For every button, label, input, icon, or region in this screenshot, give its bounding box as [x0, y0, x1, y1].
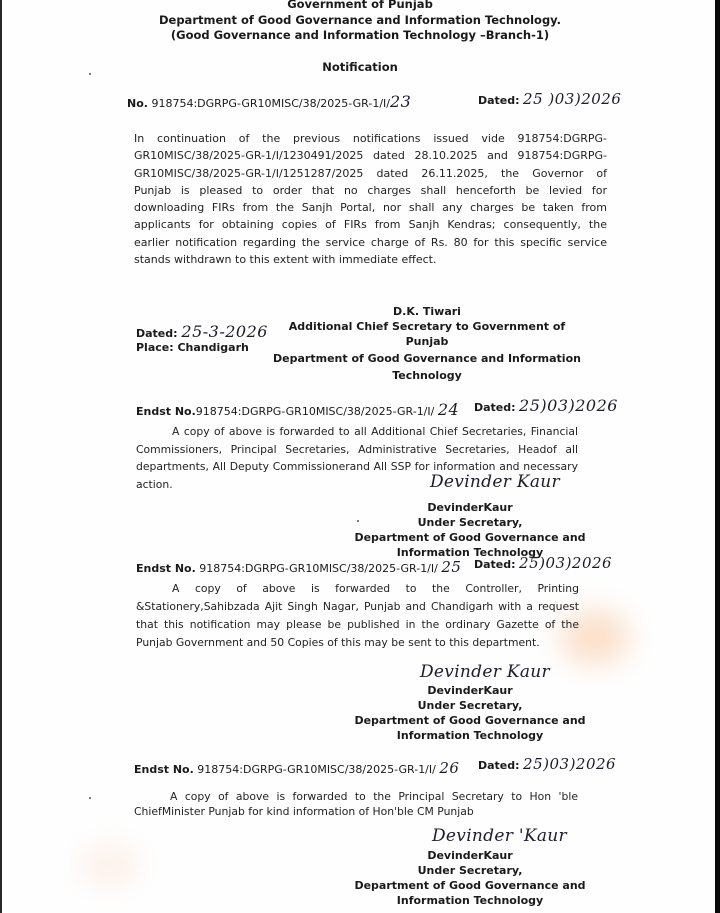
- body-line: applicants for obtaining copies of FIRs …: [134, 216, 607, 233]
- endorsement-1-signer: DevinderKaur Under Secretary, Department…: [350, 500, 590, 560]
- signed-place-value: Chandigarh: [177, 341, 248, 354]
- endorsement-label: Endst No.: [136, 405, 196, 418]
- scan-speck: [89, 797, 91, 799]
- signed-date: Dated: 25-3-2026: [136, 322, 268, 341]
- endorsement-number-value: 918754:DGRPG-GR10MISC/38/2025-GR-1/I/: [197, 763, 436, 776]
- signatory-name: D.K. Tiwari: [272, 304, 582, 319]
- endorsement-date-label: Dated:: [474, 401, 516, 414]
- endorsement-1-number: Endst No.918754:DGRPG-GR10MISC/38/2025-G…: [136, 400, 459, 419]
- scan-speck: [89, 73, 91, 75]
- notification-body: In continuation of the previous notifica…: [134, 130, 607, 268]
- body-line: In continuation of the previous notifica…: [134, 130, 607, 147]
- document-page: Government of Punjab Department of Good …: [0, 0, 720, 913]
- document-type-title: Notification: [120, 60, 600, 75]
- body-line: stands withdrawn to this extent with imm…: [134, 251, 607, 268]
- signatory-designation: Additional Chief Secretary to Government…: [272, 319, 582, 349]
- main-signatory-block: D.K. Tiwari Additional Chief Secretary t…: [272, 304, 582, 383]
- body-line: GR10MISC/38/2025-GR-1/I/1251287/2025 dat…: [134, 165, 607, 182]
- endorsement-date-label: Dated:: [474, 558, 516, 571]
- endorsement-date-handwritten: 25)03)2026: [523, 755, 616, 773]
- scan-edge-left: [0, 0, 2, 913]
- endorsement-3-number: Endst No. 918754:DGRPG-GR10MISC/38/2025-…: [134, 759, 459, 777]
- endorsement-date-handwritten: 25)03)2026: [519, 396, 618, 415]
- endorsement-2-body: A copy of above is forwarded to the Cont…: [136, 580, 579, 652]
- handwritten-signature: Devinder Kaur: [430, 472, 560, 492]
- notification-number: No. 918754:DGRPG-GR10MISC/38/2025-GR-1/I…: [127, 92, 411, 111]
- header-government: Government of Punjab: [120, 0, 600, 12]
- signer-designation: Under Secretary,: [350, 515, 590, 530]
- signer-department-line1: Department of Good Governance and: [350, 713, 590, 728]
- endorsement-1-date: Dated: 25)03)2026: [474, 396, 618, 415]
- signed-place: Place: Chandigarh: [136, 341, 249, 354]
- paper-stain: [80, 845, 140, 885]
- endorsement-number-handwritten: 26: [439, 759, 459, 777]
- signer-department-line1: Department of Good Governance and: [350, 530, 590, 545]
- signed-place-label: Place:: [136, 341, 174, 354]
- notification-date: Dated: 25 )03)2026: [478, 90, 621, 108]
- notification-date-label: Dated:: [478, 94, 520, 107]
- signed-date-label: Dated:: [136, 327, 178, 340]
- scan-edge-right: [715, 0, 720, 913]
- body-line: downloading FIRs from the Sanjh Portal, …: [134, 199, 607, 216]
- body-line: A copy of above is forwarded to the Cont…: [136, 580, 579, 598]
- endorsement-date-handwritten: 25)03)2026: [519, 554, 612, 572]
- signer-designation: Under Secretary,: [350, 863, 590, 878]
- signer-department-line1: Department of Good Governance and: [350, 878, 590, 893]
- endorsement-label: Endst No.: [136, 562, 196, 575]
- notification-number-value: 918754:DGRPG-GR10MISC/38/2025-GR-1/I/: [151, 97, 390, 110]
- endorsement-number-value: 918754:DGRPG-GR10MISC/38/2025-GR-1/I/: [196, 405, 435, 418]
- header-branch: (Good Governance and Information Technol…: [120, 28, 600, 43]
- body-line: Punjab Government and 50 Copies of this …: [136, 634, 579, 652]
- signed-date-handwritten: 25-3-2026: [181, 322, 268, 341]
- signer-name: DevinderKaur: [350, 848, 590, 863]
- endorsement-2-date: Dated: 25)03)2026: [474, 554, 612, 572]
- signer-department-line2: Information Technology: [350, 893, 590, 908]
- endorsement-3-date: Dated: 25)03)2026: [478, 755, 616, 773]
- notification-number-handwritten: 23: [390, 92, 411, 111]
- notification-date-handwritten: 25 )03)2026: [523, 90, 621, 108]
- endorsement-number-handwritten: 25: [441, 558, 461, 576]
- endorsement-date-label: Dated:: [478, 759, 520, 772]
- body-line: earlier notification regarding the servi…: [134, 234, 607, 251]
- signer-department-line2: Information Technology: [350, 728, 590, 743]
- body-line: GR10MISC/38/2025-GR-1/I/1230491/2025 dat…: [134, 147, 607, 164]
- body-line: &Stationery,Sahibzada Ajit Singh Nagar, …: [136, 598, 579, 616]
- endorsement-2-number: Endst No. 918754:DGRPG-GR10MISC/38/2025-…: [136, 558, 461, 576]
- endorsement-2-signer: DevinderKaur Under Secretary, Department…: [350, 683, 590, 743]
- notification-number-label: No.: [127, 97, 148, 110]
- endorsement-number-handwritten: 24: [438, 400, 459, 419]
- body-line: ChiefMinister Punjab for kind informatio…: [134, 805, 578, 820]
- endorsement-number-value: 918754:DGRPG-GR10MISC/38/2025-GR-1/I/: [199, 562, 438, 575]
- body-line: that this notification may please be pub…: [136, 616, 579, 634]
- endorsement-3-body: A copy of above is forwarded to the Prin…: [134, 790, 578, 819]
- body-line: Punjab is pleased to order that no charg…: [134, 182, 607, 199]
- body-line: A copy of above is forwarded to the Prin…: [134, 790, 578, 805]
- signer-designation: Under Secretary,: [350, 698, 590, 713]
- endorsement-label: Endst No.: [134, 763, 194, 776]
- body-line: A copy of above is forwarded to all Addi…: [136, 423, 578, 441]
- signatory-department-line2: Technology: [272, 368, 582, 383]
- signer-name: DevinderKaur: [350, 683, 590, 698]
- body-line: Commissioners, Principal Secretaries, Ad…: [136, 441, 578, 459]
- endorsement-3-signer: DevinderKaur Under Secretary, Department…: [350, 848, 590, 908]
- signatory-department-line1: Department of Good Governance and Inform…: [272, 351, 582, 366]
- header-department: Department of Good Governance and Inform…: [120, 13, 600, 28]
- signer-name: DevinderKaur: [350, 500, 590, 515]
- handwritten-signature: Devinder 'Kaur: [432, 826, 567, 846]
- handwritten-signature: Devinder Kaur: [420, 662, 550, 682]
